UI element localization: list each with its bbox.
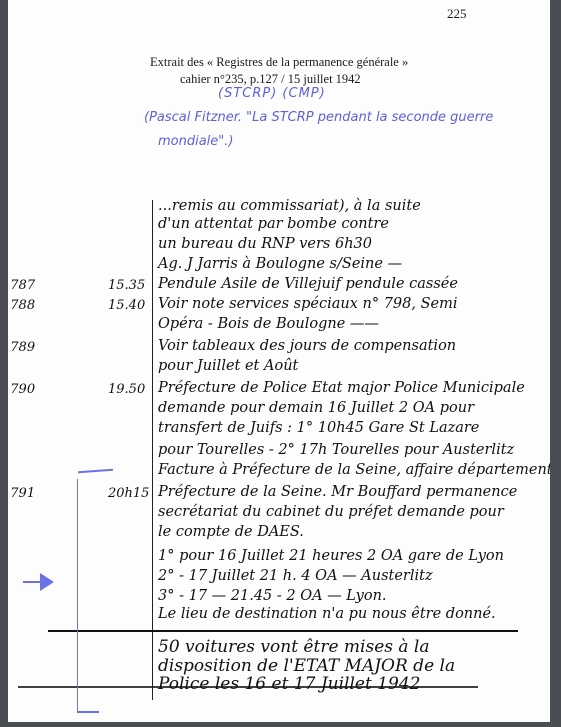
bracket-vertical-mark	[77, 479, 78, 713]
handwritten-annotation: (Pascal Fitzner. "La STCRP pendant la se…	[144, 110, 493, 125]
register-line: le compte de DAES.	[158, 524, 304, 540]
register-line: Voir note services spéciaux n° 798, Semi	[158, 296, 458, 312]
handwritten-annotation: mondiale".)	[158, 134, 233, 149]
footer-note-line: 50 voitures vont être mises à la	[158, 637, 430, 657]
register-line: pour Juillet et Août	[158, 358, 298, 374]
register-line: Opéra - Bois de Boulogne ——	[158, 316, 379, 332]
arrow-head-icon	[40, 573, 54, 591]
register-line: secrétariat du cabinet du préfet demande…	[158, 504, 504, 520]
entry-time: 19.50	[108, 382, 145, 397]
register-line: demande pour demain 16 Juillet 2 OA pour	[158, 400, 474, 416]
document-page: 225 Extrait des « Registres de la perman…	[8, 0, 550, 722]
handwritten-annotation: (STCRP) (CMP)	[218, 86, 326, 101]
register-line: Préfecture de la Seine. Mr Bouffard perm…	[158, 484, 517, 500]
register-line: pour Tourelles - 2° 17h Tourelles pour A…	[158, 442, 514, 458]
entry-number: 1787	[8, 278, 35, 293]
document-title: Extrait des « Registres de la permanence…	[150, 55, 408, 70]
register-line: Pendule Asile de Villejuif pendule cassé…	[158, 276, 458, 292]
register-line: 1° pour 16 Juillet 21 heures 2 OA gare d…	[158, 548, 504, 564]
register-line: Ag. J Jarris à Boulogne s/Seine —	[158, 256, 402, 272]
page-number: 225	[447, 6, 467, 22]
entry-number: 1791	[8, 486, 35, 501]
register-line: un bureau du RNP vers 6h30	[158, 236, 372, 252]
register-line: 3° - 17 — 21.45 - 2 OA — Lyon.	[158, 588, 387, 604]
bracket-top-mark	[78, 469, 113, 473]
entry-time: 20h15	[108, 486, 149, 501]
entry-time: 15.40	[108, 298, 145, 313]
register-line: Voir tableaux des jours de compensation	[158, 338, 456, 354]
register-line: ...remis au commissariat), à la suite	[158, 198, 421, 214]
register-line: Facture à Préfecture de la Seine, affair…	[158, 462, 550, 478]
bracket-bottom-mark	[77, 711, 99, 713]
footer-note-line: Police les 16 et 17 Juillet 1942	[158, 674, 420, 694]
register-line: 2° - 17 Juillet 21 h. 4 OA — Austerlitz	[158, 568, 433, 584]
entry-number: 1790	[8, 382, 35, 397]
register-line: d'un attentat par bombe contre	[158, 216, 389, 232]
entry-time: 15.35	[108, 278, 145, 293]
register-line: Le lieu de destination n'a pu nous être …	[158, 606, 496, 622]
document-subtitle: cahier n°235, p.127 / 15 juillet 1942	[180, 72, 361, 87]
register-column-rule	[152, 200, 153, 700]
register-line: transfert de Juifs : 1° 10h45 Gare St La…	[158, 420, 479, 436]
entry-number: 1788	[8, 298, 35, 313]
entry-number: 1789	[8, 340, 35, 355]
register-line: Préfecture de Police Etat major Police M…	[158, 380, 525, 396]
footer-note-line: disposition de l'ETAT MAJOR de la	[158, 656, 455, 676]
separator-line	[48, 630, 518, 632]
